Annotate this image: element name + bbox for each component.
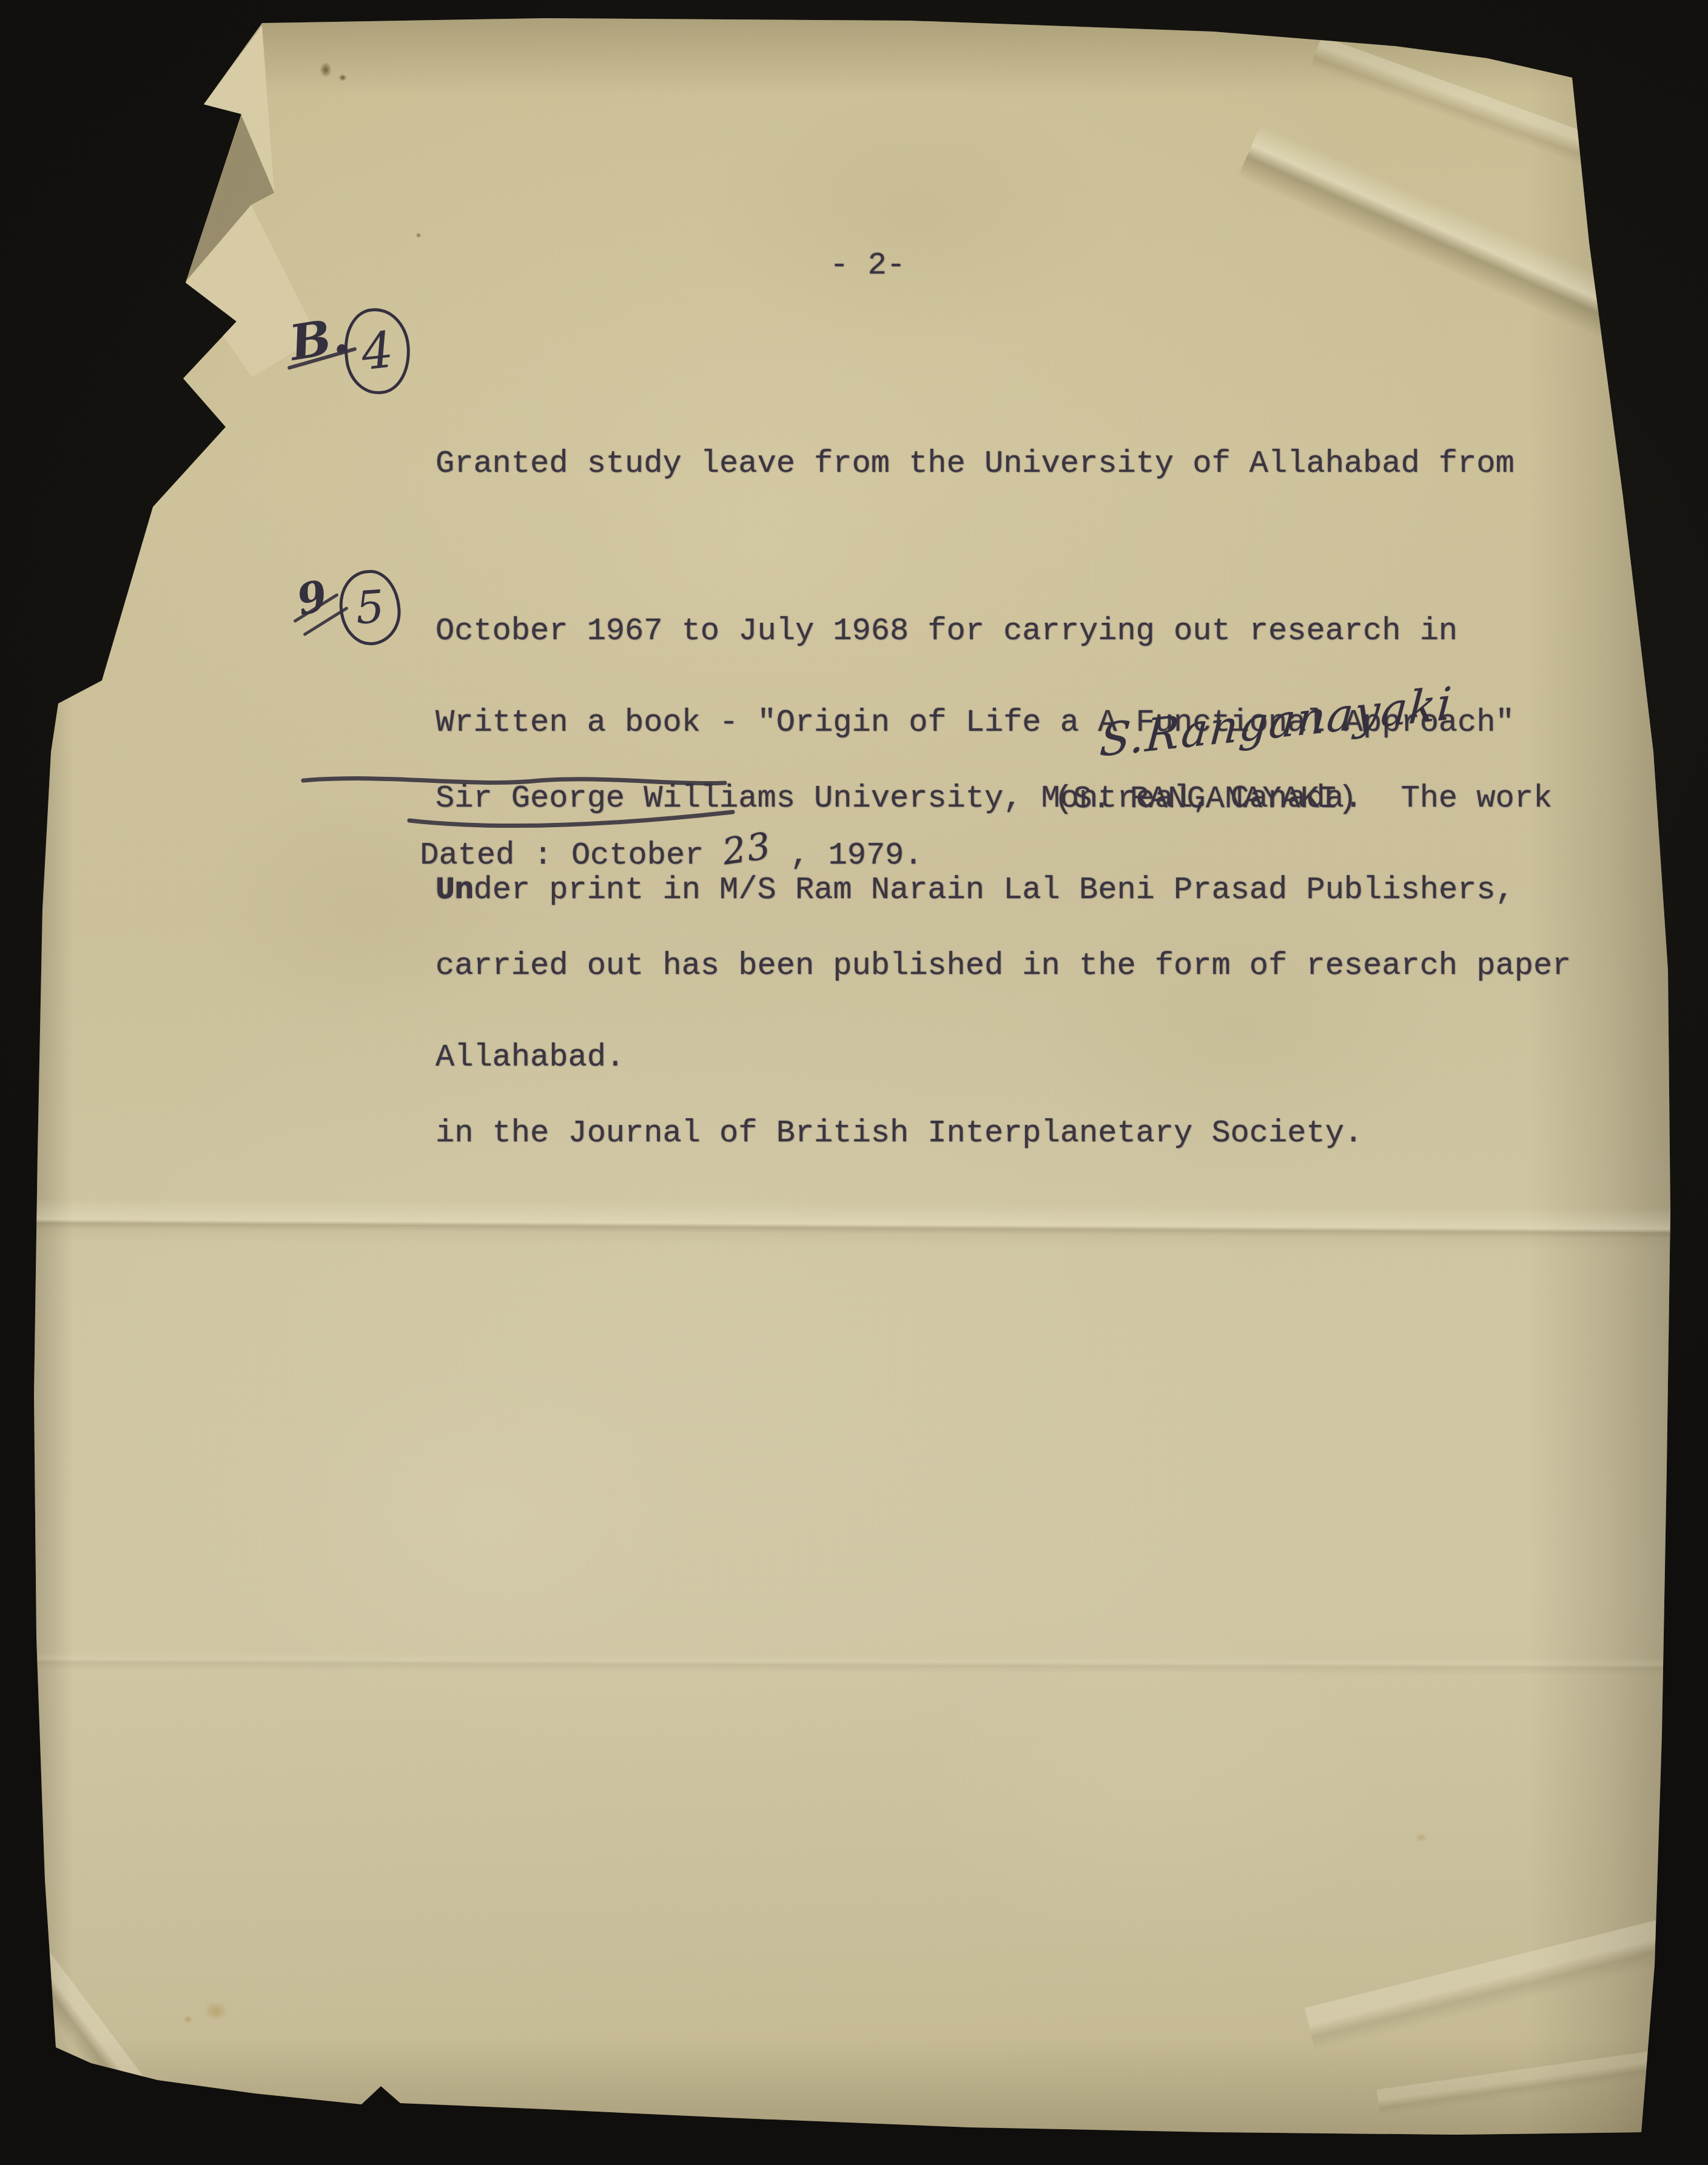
bottom-right-crease-lower (1377, 2044, 1705, 2116)
circled-number-5-label: 5 (354, 580, 386, 634)
paper-stain (1413, 1831, 1429, 1844)
ink-speck (415, 232, 422, 239)
margin-mark-item4: B. (286, 306, 352, 372)
ink-spot (337, 73, 348, 82)
paper-bottom-shading (34, 2038, 1672, 2141)
dated-strikethrough-stroke (303, 779, 725, 784)
ink-spot (318, 59, 334, 80)
item4-line: Granted study leave from the University … (435, 436, 1571, 492)
faint-lower-fold-crease (32, 1651, 1675, 1675)
circled-number-4: 4 (340, 305, 414, 398)
circled-number-5: 5 (337, 568, 403, 648)
circled-number-4-label: 4 (358, 321, 396, 381)
paper-stain (200, 1999, 232, 2023)
page-number: - 2- (830, 238, 906, 294)
top-right-crease-secondary (1311, 36, 1652, 187)
scanner-background: - 2- B. 4 Granted study leave from the U… (0, 0, 1708, 2165)
paper-top-shading (34, 16, 1672, 95)
paper-sheet: - 2- B. 4 Granted study leave from the U… (0, 0, 1708, 2165)
item5-line: Allahabad. (435, 1030, 1515, 1086)
dated-underline-stroke (409, 812, 733, 825)
dated-typed-suffix: , 1979. (772, 837, 923, 873)
paper-left-shading (30, 667, 73, 2098)
bottom-left-crease (0, 1891, 161, 2123)
pen-marks-on-dated-line (267, 749, 764, 846)
bottom-right-crease-upper (1305, 1911, 1704, 2051)
paper-stain (182, 2015, 194, 2024)
typed-signature-name: (S. RANGANAYAKI) (1054, 771, 1357, 827)
